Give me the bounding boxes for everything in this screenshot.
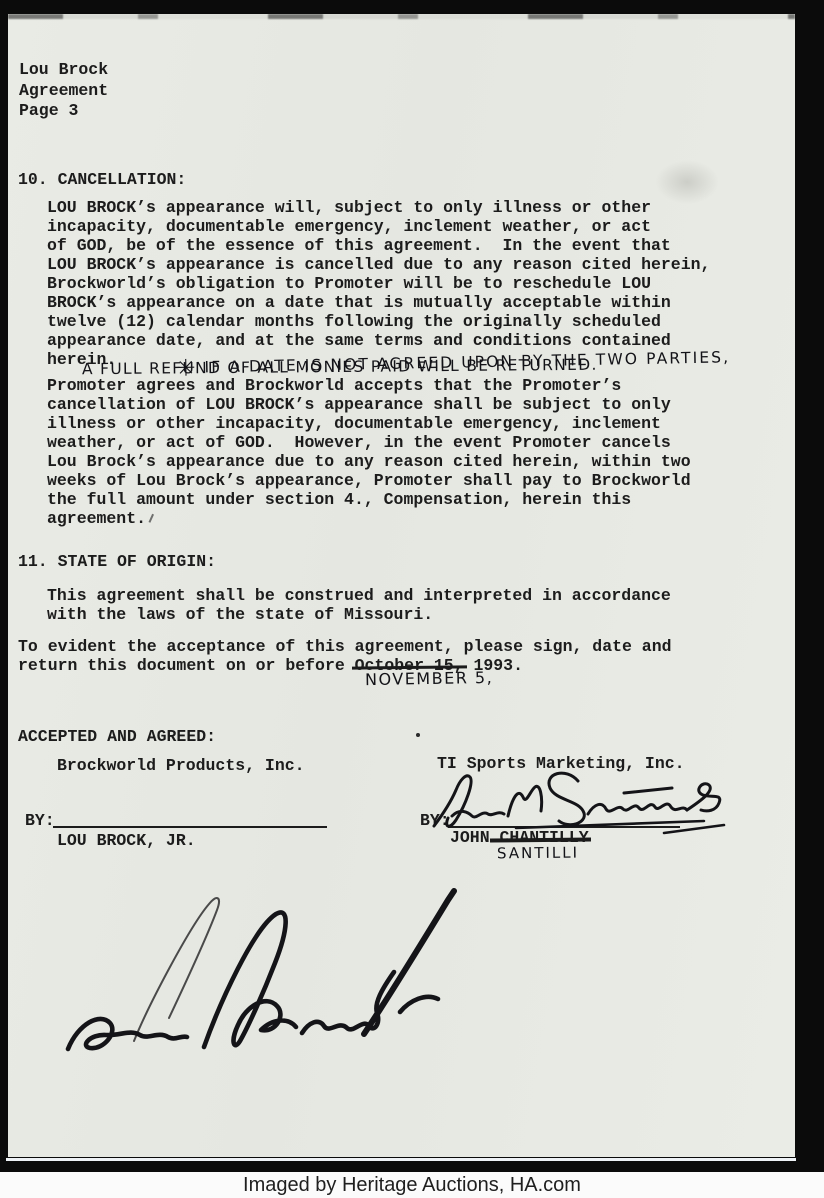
scan-background: Lou Brock Agreement Page 3 10. CANCELLAT…	[0, 0, 824, 1198]
page-header: Lou Brock Agreement Page 3	[19, 60, 108, 122]
scan-bottom-line	[6, 1158, 796, 1161]
section10-paragraph2: Promoter agrees and Brockworld accepts t…	[47, 376, 691, 528]
company-left: Brockworld Products, Inc.	[57, 756, 305, 775]
handwritten-correction: SANTILLI	[497, 844, 579, 863]
footer-bar: Imaged by Heritage Auctions, HA.com	[0, 1172, 824, 1198]
lou-brock-signature	[48, 886, 478, 1078]
closing-line1: To evident the acceptance of this agreem…	[18, 637, 672, 656]
santilli-signature	[430, 766, 740, 844]
signature-line-left	[53, 826, 327, 828]
handwritten-date: NOVEMBER 5,	[365, 668, 494, 689]
accepted-label: ACCEPTED AND AGREED:	[18, 727, 216, 746]
signatory-left: LOU BROCK, JR.	[57, 831, 196, 850]
document-page: Lou Brock Agreement Page 3 10. CANCELLAT…	[8, 14, 795, 1157]
footer-credit: Imaged by Heritage Auctions, HA.com	[243, 1174, 581, 1197]
section11-title: 11. STATE OF ORIGIN:	[18, 552, 216, 571]
top-edge-streak	[8, 14, 795, 19]
section10-title: 10. CANCELLATION:	[18, 170, 186, 189]
by-label-left: BY:	[25, 811, 55, 830]
closing-line2-prefix: return this document on or before	[18, 656, 355, 675]
section11-paragraph: This agreement shall be construed and in…	[47, 586, 671, 624]
dot-artifact	[416, 733, 420, 737]
